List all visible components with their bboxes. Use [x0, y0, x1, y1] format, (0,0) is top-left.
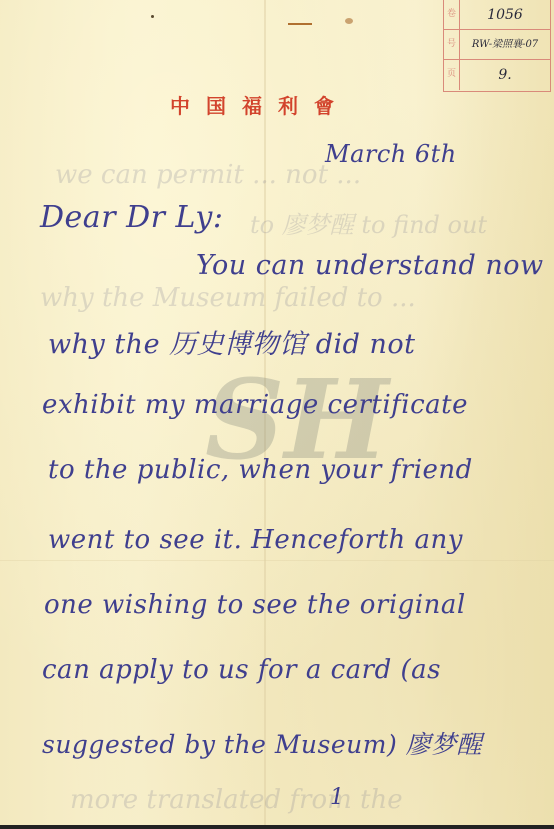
scan-bottom-edge — [0, 825, 554, 829]
letter-line: to the public, when your friend — [48, 455, 473, 485]
bleed-through-line: we can permit ... not ... — [55, 160, 361, 190]
bleed-through-line: more translated from the — [70, 785, 403, 815]
letter-line: You can understand now — [196, 250, 544, 281]
catalog-label: 页 — [444, 60, 460, 90]
letter-line: can apply to us for a card (as — [42, 655, 441, 685]
catalog-value-number: RW-梁照襄-07 — [462, 30, 548, 59]
letter-line: exhibit my marriage certificate — [42, 390, 468, 420]
letterhead-title: 中国福利會 — [170, 90, 400, 119]
archive-catalog-stamp: 卷 1056 号 RW-梁照襄-07 页 9. — [443, 0, 551, 92]
ink-dash-mark — [288, 23, 312, 25]
ink-speck — [151, 15, 154, 18]
catalog-label: 卷 — [444, 0, 460, 29]
catalog-label: 号 — [444, 30, 460, 59]
letter-line: why the 历史博物馆 did not — [48, 322, 416, 361]
catalog-row-volume: 卷 1056 — [444, 0, 550, 30]
paper-stain — [345, 18, 353, 24]
page-number: 1 — [330, 785, 344, 810]
letter-salutation: Dear Dr Ly: — [40, 200, 223, 235]
catalog-row-page: 页 9. — [444, 60, 550, 90]
letter-date: March 6th — [325, 140, 457, 168]
letter-line: one wishing to see the original — [44, 590, 466, 620]
catalog-value-page: 9. — [462, 60, 548, 90]
catalog-value-volume: 1056 — [462, 0, 548, 29]
horizontal-fold-line — [0, 560, 554, 561]
letter-line: went to see it. Henceforth any — [48, 525, 463, 555]
letter-line: suggested by the Museum) 廖梦醒 — [42, 725, 482, 761]
bleed-through-line: why the Museum failed to ... — [40, 283, 416, 313]
catalog-row-number: 号 RW-梁照襄-07 — [444, 30, 550, 60]
bleed-through-line: to 廖梦醒 to find out — [250, 205, 487, 240]
